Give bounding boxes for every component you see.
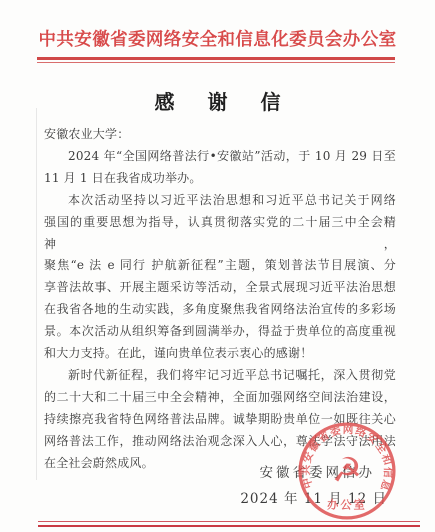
body-line: 享普法故事、开展主题采访等活动，全景式展现习近平法治思想: [44, 277, 396, 299]
body-line: 的二十大和二十届三中全会精神，全面加强网络空间法治建设，: [44, 387, 396, 409]
scan-artifact-line: [36, 108, 37, 480]
scanned-letter-page: 中共安徽省委网络安全和信息化委员会办公室 感 谢 信 安徽农业大学： 2024 …: [0, 0, 435, 532]
footer-divider: [38, 525, 420, 528]
body-line: 持续擦亮我省特色网络普法品牌。诚挚期盼贵单位一如既往关心: [44, 409, 396, 431]
body-line: 在我省各地的生动实践，多角度聚焦我省网络法治宣传的多彩场: [44, 299, 396, 321]
body-line: 网络普法工作，推动网络法治观念深入人心，尊法学法守法用法: [44, 431, 396, 453]
paragraphs: 2024 年“全国网络普法行•安徽站”活动，于 10 月 29 日至11 月 1…: [44, 146, 396, 475]
signature-date: 2024 年 11 月 12 日: [240, 487, 387, 507]
salutation: 安徽农业大学：: [44, 124, 396, 146]
body-line: 景。本次活动从组织筹备到圆满举办，得益于贵单位的高度重视: [44, 321, 396, 343]
letterhead-divider-thin: [37, 62, 395, 63]
body-text: 安徽农业大学： 2024 年“全国网络普法行•安徽站”活动，于 10 月 29 …: [44, 124, 396, 475]
letter-title: 感 谢 信: [0, 86, 435, 115]
body-line: 新时代新征程，我们将牢记习近平总书记嘱托，深入贯彻党: [44, 365, 396, 387]
signature-org: 安徽省委网信办: [260, 461, 376, 481]
footer-divider-thin: [38, 521, 420, 522]
body-line: 2024 年“全国网络普法行•安徽站”活动，于 10 月 29 日至: [44, 146, 396, 168]
body-line: 11 月 1 日在我省成功举办。: [44, 168, 396, 190]
body-line: 聚焦“e 法 e 同行 护航新征程”主题，策划普法节目展演、分: [44, 255, 396, 277]
body-line: 和大力支持。在此，谨向贵单位表示衷心的感谢！: [44, 343, 396, 365]
body-line: 本次活动坚持以习近平法治思想和习近平总书记关于网络: [44, 190, 396, 212]
letterhead-divider: [37, 57, 395, 60]
body-line: 强国的重要思想为指导，认真贯彻落实党的二十届三中全会精神，: [44, 212, 396, 256]
letterhead-org: 中共安徽省委网络安全和信息化委员会办公室: [0, 26, 435, 51]
